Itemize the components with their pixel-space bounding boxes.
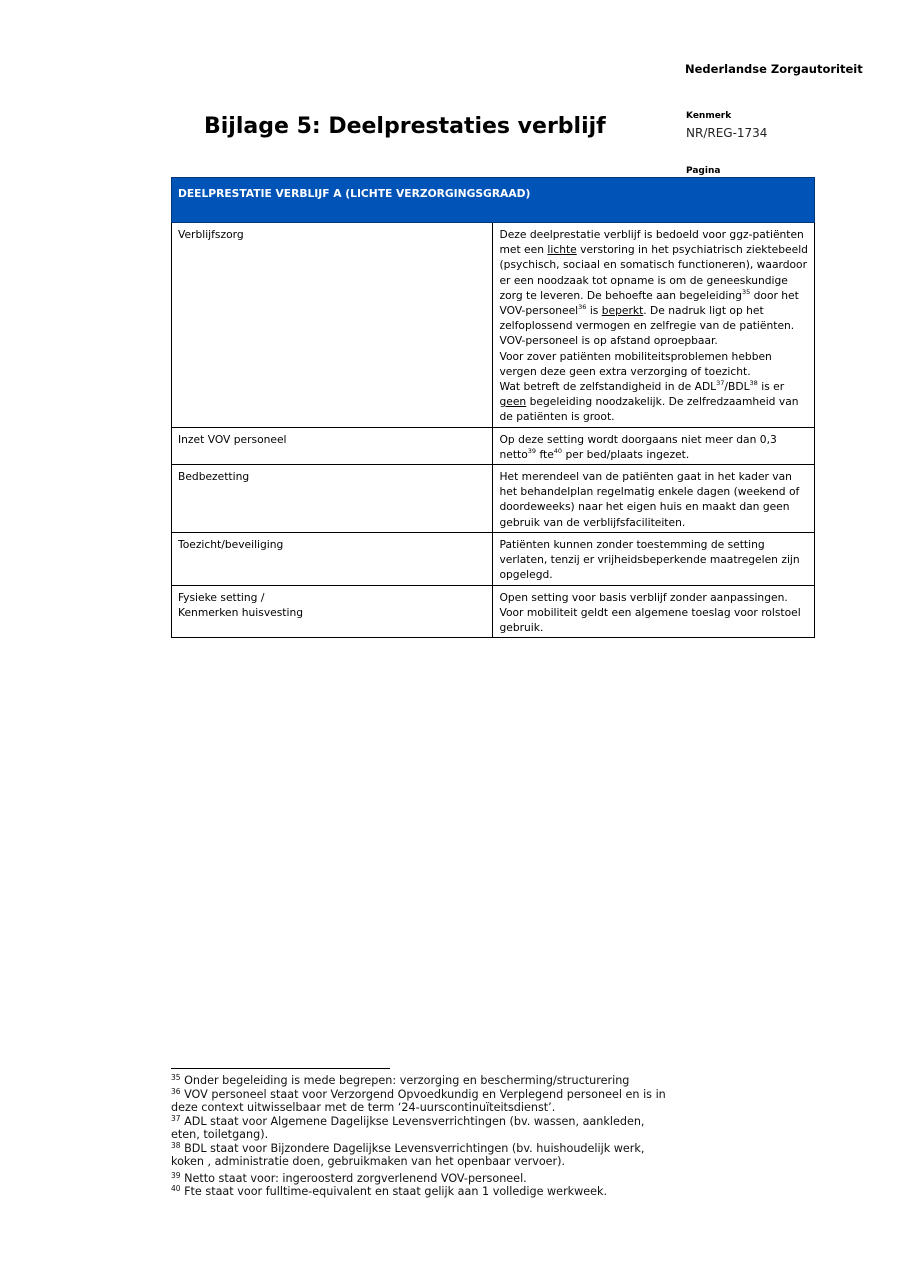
- footnote-text: ADL staat voor Algemene Dagelijkse Leven…: [171, 1115, 644, 1142]
- table-row: Toezicht/beveiliging Patiënten kunnen zo…: [172, 533, 815, 586]
- table-row: Fysieke setting / Kenmerken huisvesting …: [172, 585, 815, 638]
- footnote-text: Fte staat voor fulltime-equivalent en st…: [181, 1185, 608, 1198]
- footnote: 40 Fte staat voor fulltime-equivalent en…: [171, 1185, 671, 1199]
- underlined-text: lichte: [547, 243, 576, 256]
- kenmerk-label: Kenmerk: [686, 111, 731, 121]
- row-description: Deze deelprestatie verblijf is bedoeld v…: [493, 223, 815, 428]
- footnote: 37 ADL staat voor Algemene Dagelijkse Le…: [171, 1115, 671, 1142]
- footnote-number: 37: [171, 1114, 181, 1123]
- pagina-label: Pagina: [686, 166, 720, 176]
- row-description: Open setting voor basis verblijf zonder …: [493, 585, 815, 638]
- table-row: Inzet VOV personeel Op deze setting word…: [172, 427, 815, 464]
- footnote: 39 Netto staat voor: ingeroosterd zorgve…: [171, 1172, 671, 1186]
- footnote-ref[interactable]: 39: [528, 447, 536, 455]
- row-description: Op deze setting wordt doorgaans niet mee…: [493, 427, 815, 464]
- text-line: Open setting voor basis verblijf zonder …: [499, 590, 809, 605]
- text-line: Voor mobiliteit geldt een algemene toesl…: [499, 605, 809, 635]
- table-row: Bedbezetting Het merendeel van de patiën…: [172, 465, 815, 533]
- footnote: 38 BDL staat voor Bijzondere Dagelijkse …: [171, 1142, 671, 1169]
- footnote: 36 VOV personeel staat voor Verzorgend O…: [171, 1088, 671, 1115]
- row-label: Toezicht/beveiliging: [172, 533, 493, 586]
- paragraph: Deze deelprestatie verblijf is bedoeld v…: [499, 227, 809, 333]
- paragraph: VOV-personeel is op afstand oproepbaar.: [499, 333, 809, 348]
- row-label: Fysieke setting / Kenmerken huisvesting: [172, 585, 493, 638]
- footnote-text: Onder begeleiding is mede begrepen: verz…: [181, 1074, 630, 1087]
- deelprestatie-table: DEELPRESTATIE VERBLIJF A (LICHTE VERZORG…: [171, 177, 815, 638]
- table-header-row: DEELPRESTATIE VERBLIJF A (LICHTE VERZORG…: [172, 178, 815, 223]
- row-label: Inzet VOV personeel: [172, 427, 493, 464]
- footnote-ref[interactable]: 38: [750, 379, 758, 387]
- text-segment: is er: [758, 380, 784, 393]
- footnote-separator: [171, 1068, 390, 1069]
- text-segment: per bed/plaats ingezet.: [562, 448, 689, 461]
- row-label: Bedbezetting: [172, 465, 493, 533]
- table-row: Verblijfszorg Deze deelprestatie verblij…: [172, 223, 815, 428]
- row-description: Patiënten kunnen zonder toestemming de s…: [493, 533, 815, 586]
- kenmerk-value: NR/REG-1734: [686, 126, 767, 140]
- text-segment: fte: [536, 448, 554, 461]
- table-heading: DEELPRESTATIE VERBLIJF A (LICHTE VERZORG…: [172, 178, 815, 223]
- text-segment: /BDL: [724, 380, 749, 393]
- underlined-text: beperkt: [602, 304, 644, 317]
- footnote-number: 40: [171, 1184, 181, 1193]
- footnotes: 35 Onder begeleiding is mede begrepen: v…: [171, 1074, 671, 1199]
- footnote-number: 38: [171, 1141, 181, 1150]
- footnote-text: VOV personeel staat voor Verzorgend Opvo…: [171, 1088, 666, 1115]
- row-label: Verblijfszorg: [172, 223, 493, 428]
- label-line: Fysieke setting /: [178, 590, 487, 605]
- underlined-text: geen: [499, 395, 526, 408]
- footnote-ref[interactable]: 35: [742, 288, 750, 296]
- page-title: Bijlage 5: Deelprestaties verblijf: [204, 114, 606, 139]
- footnote: 35 Onder begeleiding is mede begrepen: v…: [171, 1074, 671, 1088]
- organization-name: Nederlandse Zorgautoriteit: [685, 62, 863, 76]
- text-segment: begeleiding noodzakelijk. De zelfredzaam…: [499, 395, 798, 423]
- text-segment: Wat betreft de zelfstandigheid in de ADL: [499, 380, 716, 393]
- footnote-text: BDL staat voor Bijzondere Dagelijkse Lev…: [171, 1142, 644, 1169]
- footnote-number: 35: [171, 1073, 181, 1082]
- text-segment: is: [586, 304, 601, 317]
- paragraph: Voor zover patiënten mobiliteitsprobleme…: [499, 349, 809, 379]
- paragraph: Wat betreft de zelfstandigheid in de ADL…: [499, 379, 809, 425]
- footnote-text: Netto staat voor: ingeroosterd zorgverle…: [181, 1172, 527, 1185]
- row-description: Het merendeel van de patiënten gaat in h…: [493, 465, 815, 533]
- footnote-number: 39: [171, 1171, 181, 1180]
- footnote-ref[interactable]: 40: [554, 447, 562, 455]
- footnote-number: 36: [171, 1087, 181, 1096]
- label-line: Kenmerken huisvesting: [178, 605, 487, 620]
